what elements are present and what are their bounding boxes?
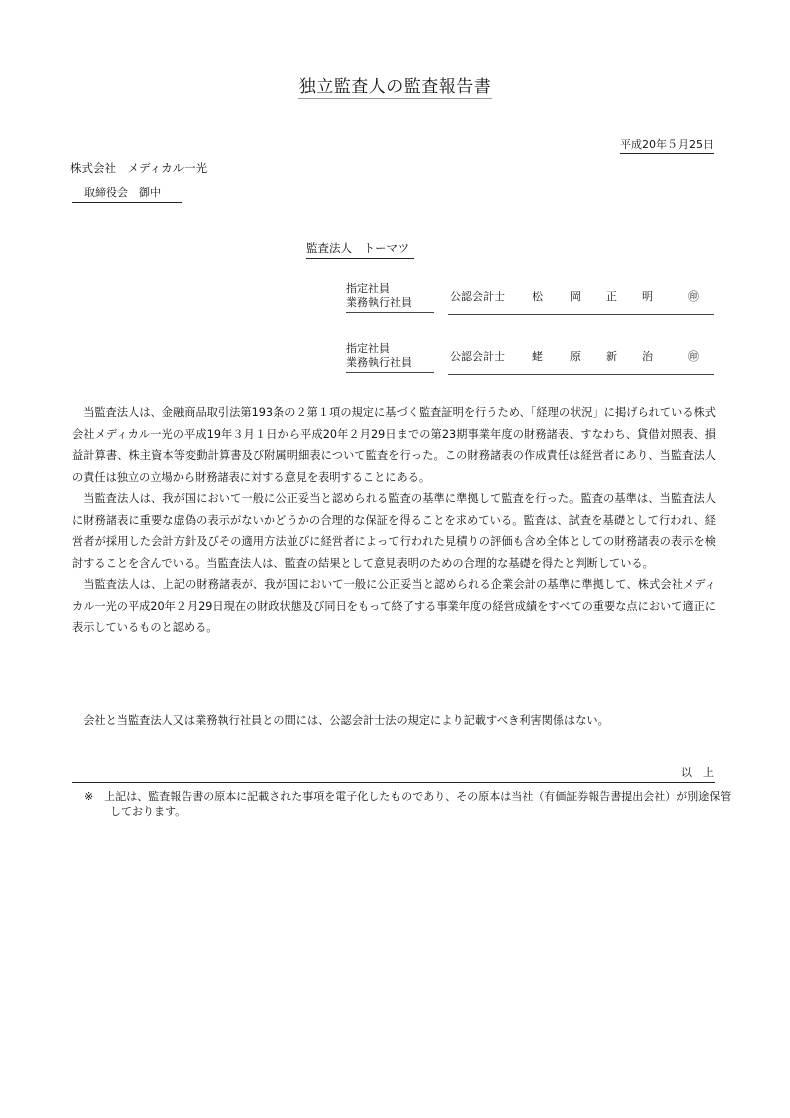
signatory-1-role-line1: 指定社員 — [346, 282, 434, 296]
paragraph-opinion: 当監査法人は、上記の財務諸表が、我が国において一般に公正妥当と認められる企業会計… — [72, 574, 716, 639]
addressee-board: 取締役会 御中 — [72, 184, 182, 203]
seal-icon: ㊞ — [688, 348, 699, 364]
signatory-2-name-char: 原 — [570, 348, 581, 364]
signatory-1-role-line2: 業務執行社員 — [346, 296, 434, 310]
interest-statement-block: 会社と当監査法人又は業務執行社員との間には、公認会計士法の規定により記載すべき利… — [72, 710, 716, 732]
signatory-2-role-line1: 指定社員 — [346, 342, 434, 356]
signatory-1-name-block: 公認会計士 松 岡 正 明 ㊞ — [448, 282, 714, 315]
signatory-1-role: 指定社員 業務執行社員 — [346, 282, 434, 313]
report-body: 当監査法人は、金融商品取引法第193条の２第１項の規定に基づく監査証明を行うため… — [72, 402, 716, 639]
signatory-2-name-block: 公認会計士 蛯 原 新 治 ㊞ — [448, 342, 714, 375]
signatory-2-name-char: 治 — [642, 348, 653, 364]
signatory-1-title: 公認会計士 — [450, 288, 505, 304]
closing-mark: 以 上 — [681, 764, 714, 780]
signatory-2-role: 指定社員 業務執行社員 — [346, 342, 434, 373]
signatory-2-name-char: 新 — [606, 348, 617, 364]
footnote: ※ 上記は、監査報告書の原本に記載された事項を電子化したものであり、その原本は当… — [84, 789, 742, 819]
signatory-2-title: 公認会計士 — [450, 348, 505, 364]
seal-icon: ㊞ — [688, 288, 699, 304]
interest-statement: 会社と当監査法人又は業務執行社員との間には、公認会計士法の規定により記載すべき利… — [72, 710, 716, 732]
paragraph-scope: 当監査法人は、金融商品取引法第193条の２第１項の規定に基づく監査証明を行うため… — [72, 402, 716, 488]
signatory-2-name-char: 蛯 — [532, 348, 543, 364]
signatory-2-role-line2: 業務執行社員 — [346, 356, 434, 370]
addressee-company: 株式会社 メディカル一光 — [70, 160, 207, 176]
audit-firm: 監査法人 トーマツ — [306, 240, 414, 259]
report-title-text: 独立監査人の監査報告書 — [298, 77, 493, 99]
signatory-1-name-char: 松 — [532, 288, 543, 304]
signatory-1-name-char: 岡 — [570, 288, 581, 304]
signatory-1-name-char: 明 — [642, 288, 653, 304]
report-date: 平成20年５月25日 — [620, 136, 714, 154]
signatory-1-name-char: 正 — [606, 288, 617, 304]
paragraph-standards: 当監査法人は、我が国において一般に公正妥当と認められる監査の基準に準拠して監査を… — [72, 488, 716, 574]
report-title: 独立監査人の監査報告書 — [0, 72, 790, 97]
divider — [72, 782, 715, 783]
